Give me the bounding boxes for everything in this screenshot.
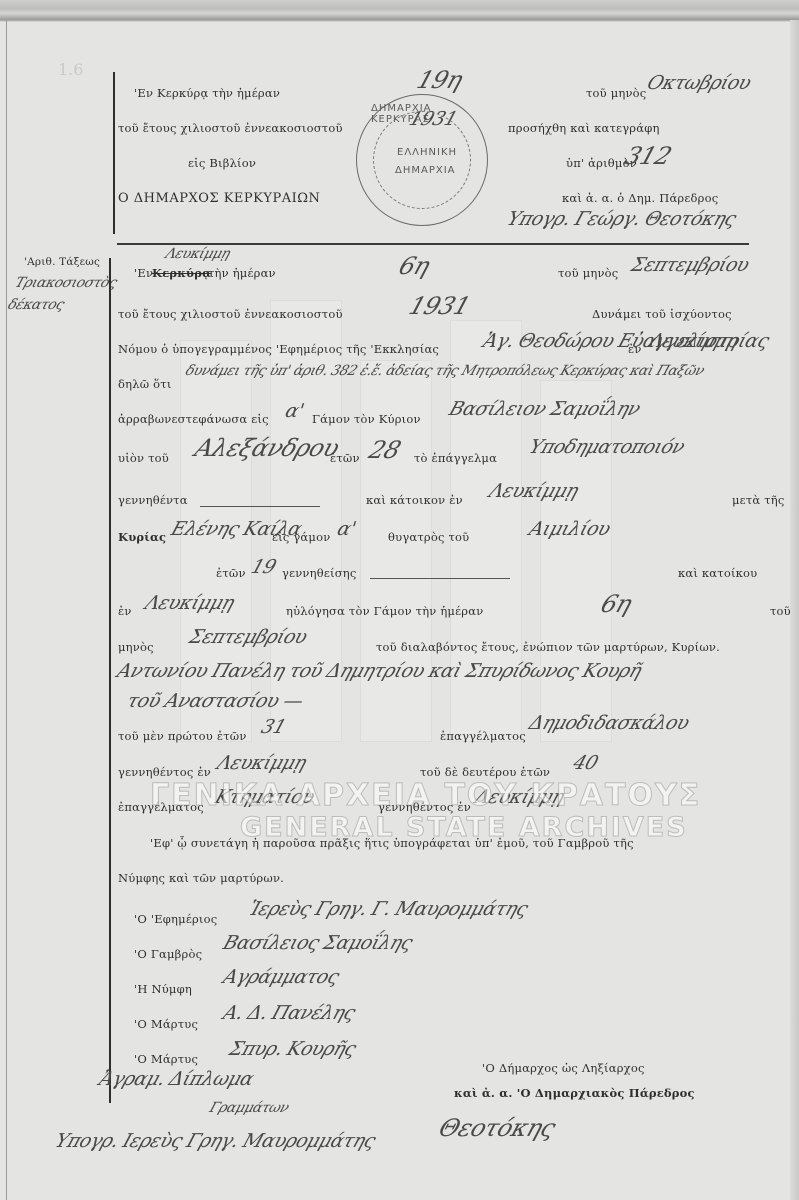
header-number-value: 312 xyxy=(621,142,674,170)
order-number-label: 'Αριθ. Τάξεως xyxy=(24,256,100,268)
groom-father: Αλεξάνδρου xyxy=(191,434,342,462)
header-day-value: 19η xyxy=(413,66,466,94)
stamp-inner-text-2: ΔΗΜΑΡΧΙΑ xyxy=(395,165,456,176)
groom-occupation-label: τὸ ἐπάγγελμα xyxy=(414,451,497,465)
closing-line-2: Νύμφης καὶ τῶν μαρτύρων. xyxy=(118,871,284,885)
church-place: Λευκίμμῃ xyxy=(646,330,741,352)
record-place-struck: Κερκύρᾳ xyxy=(152,266,211,280)
header-book-label: εἰς Βιβλίον xyxy=(188,156,256,170)
page-top-edge xyxy=(0,0,799,22)
closing-line-1: 'Εφ' ᾧ συνετάγη ἡ παροῦσα πρᾶξις ἥτις ὑπ… xyxy=(150,836,634,850)
bride-residence: Λευκίμμῃ xyxy=(142,592,237,614)
record-day-label: τὴν ἡμέραν xyxy=(208,266,276,280)
record-month-value: Σεπτεμβρίου xyxy=(628,254,751,276)
witnesses-names-2: τοῦ Αναστασίου — xyxy=(124,690,306,712)
signature-role-witness-1: 'Ο Μάρτυς xyxy=(134,1017,198,1031)
header-separator xyxy=(117,243,749,245)
by-virtue-label: Δυνάμει τοῦ ἰσχύοντος xyxy=(592,307,732,321)
groom-residence-label: καὶ κάτοικον ἐν xyxy=(366,493,463,507)
watermark-line-1: ΓΕΝΙΚΑ ΑΡΧΕΙΑ ΤΟΥ ΚΡΑΤΟΥΣ xyxy=(150,778,701,813)
signature-role-groom: 'Ο Γαμβρὸς xyxy=(134,947,202,961)
groom-occupation: Υποδηματοποιόν xyxy=(526,436,687,458)
deputy-label: καὶ ἀ. α. ὁ Δημ. Πάρεδρος xyxy=(562,191,718,205)
bride-marriage-label: εἰς γάμον xyxy=(272,530,330,544)
bride-father-label: θυγατρὸς τοῦ xyxy=(388,530,469,544)
second-age-label: τοῦ δὲ δευτέρου ἐτῶν xyxy=(420,765,550,779)
header-year-label: τοῦ ἔτους χιλιοστοῦ ἐννεακοσιοστοῦ xyxy=(118,121,343,135)
signature-groom: Βασίλειος Σαμοΐλης xyxy=(220,932,415,954)
blessed-of-label: τοῦ xyxy=(770,604,791,618)
ceremony-label: ἀρραβωνεστεφάνωσα εἰς xyxy=(118,412,269,426)
header-month-label: τοῦ μηνὸς xyxy=(586,86,646,100)
signature-role-priest: 'Ο 'Εφημέριος xyxy=(134,912,217,926)
bride-residence-label: καὶ κατοίκου xyxy=(678,566,757,580)
bride-age-label: ἐτῶν xyxy=(216,566,246,580)
bride-residence-prefix: ἐν xyxy=(118,604,132,618)
header-registered-label: προσήχθη καὶ κατεγράφη xyxy=(508,121,660,135)
groom-age-label: ἐτῶν xyxy=(330,451,360,465)
blessed-label: ηὐλόγησα τὸν Γάμον τὴν ἡμέραν xyxy=(286,604,483,618)
record-month-label: τοῦ μηνὸς xyxy=(558,266,618,280)
signature-bride: Αγράμματος xyxy=(220,966,341,988)
record-year-label: τοῦ ἔτους χιλιοστοῦ ἐννεακοσιοστοῦ xyxy=(118,307,343,321)
groom-label: Γάμον τὸν Κύριον xyxy=(312,412,421,426)
header-place-label: 'Εν Κερκύρᾳ τὴν ἡμέραν xyxy=(134,86,280,100)
first-born: Λευκίμμῃ xyxy=(214,752,309,774)
first-age-label: τοῦ μὲν πρώτου ἐτῶν xyxy=(118,729,247,743)
bottom-note-2: Γραμμάτων xyxy=(207,1100,290,1116)
stamp-outer-text: ΔΗΜΑΡΧΙΑ ΚΕΡΚΥΡΑΣ xyxy=(371,103,487,125)
stamp-inner-text-1: ΕΛΛΗΝΙΚΗ xyxy=(397,147,457,158)
declare-label: δηλῶ ὅτι xyxy=(118,377,172,391)
authority-text: δυνάμει τῆς ὑπ' ἀριθ. 382 ἐ.ἔ. ἀδείας τῆ… xyxy=(183,362,789,380)
signature-priest: Ἱερεὺς Γρηγ. Γ. Μαυρομμάτης xyxy=(246,898,530,920)
witnesses-names-1: Αντωνίου Πανέλη τοῦ Δημητρίου καὶ Σπυρίδ… xyxy=(114,660,644,682)
binding-line xyxy=(6,20,7,1200)
first-occupation: Δημοδιδασκάλου xyxy=(526,712,691,734)
record-place-prefix: 'Εν xyxy=(134,266,153,280)
church-in-label: ἐν xyxy=(628,342,642,356)
blessed-month: Σεπτεμβρίου xyxy=(186,626,309,648)
blessed-month-label: μηνὸς xyxy=(118,640,154,654)
witnesses-intro: τοῦ διαλαβόντος ἔτους, ἐνώπιον τῶν μαρτύ… xyxy=(376,640,720,654)
with-label: μετὰ τῆς xyxy=(732,493,785,507)
signature-role-bride: 'Η Νύμφη xyxy=(134,982,192,996)
first-occupation-label: ἐπαγγέλματος xyxy=(440,729,526,743)
mayor-block-line-1: 'Ο Δήμαρχος ὡς Ληξίαρχος xyxy=(482,1061,645,1075)
header-month-value: Οκτωβρίου xyxy=(644,72,753,94)
record-place-correction: Λευκίμμῃ xyxy=(163,246,232,262)
bottom-note-1: Ἀγραμ. Δίπλωμα xyxy=(96,1068,256,1090)
groom-father-label: υἱὸν τοῦ xyxy=(118,451,169,465)
record-year-value: 1931 xyxy=(405,292,473,320)
mayor-block-line-2: καὶ ἀ. α. 'Ο Δημαρχιακὸς Πάρεδρος xyxy=(454,1086,695,1100)
bride-label: Κυρίας xyxy=(118,530,166,544)
groom-residence: Λευκίμμῃ xyxy=(486,480,581,502)
show-through-page-number: 1.6 xyxy=(58,60,83,79)
order-number-value: Τριακοσιοστὸς δέκατος xyxy=(5,272,115,316)
groom-born-label: γεννηθέντα xyxy=(118,493,188,507)
record-vertical-rule xyxy=(109,258,111,1103)
record-day-value: 6η xyxy=(395,252,433,280)
signature-witness-1: Α. Δ. Πανέλης xyxy=(220,1002,357,1024)
bride-born-label: γεννηθείσης xyxy=(282,566,356,580)
mayor-signature: Θεοτόκης xyxy=(435,1114,558,1142)
bride-born-blank xyxy=(370,578,510,579)
second-age: 40 xyxy=(570,752,600,774)
groom-name: Βασίλειον Σαμοΐλην xyxy=(446,398,643,420)
law-line: Νόμου ὁ ὑπογεγραμμένος 'Εφημέριος τῆς 'Ε… xyxy=(118,342,439,356)
signature-witness-2: Σπυρ. Κουρῆς xyxy=(226,1038,358,1060)
mayor-title: Ο ΔΗΜΑΡΧΟΣ ΚΕΡΚΥΡΑΙΩΝ xyxy=(118,191,320,206)
signature-role-witness-2: 'Ο Μάρτυς xyxy=(134,1052,198,1066)
groom-born-blank xyxy=(200,506,320,507)
municipal-stamp: ΔΗΜΑΡΧΙΑ ΚΕΡΚΥΡΑΣ ΕΛΛΗΝΙΚΗ ΔΗΜΑΡΧΙΑ xyxy=(356,94,488,226)
bottom-note-3: Υπογρ. Ιερεὺς Γρηγ. Μαυρομμάτης xyxy=(52,1130,378,1152)
bride-father: Αιμιλίου xyxy=(526,518,613,540)
first-born-label: γεννηθέντος ἐν xyxy=(118,765,211,779)
page-right-edge xyxy=(790,20,799,1200)
deputy-signature: Υπογρ. Γεώργ. Θεοτόκης xyxy=(504,208,738,230)
header-vertical-rule xyxy=(113,72,115,234)
